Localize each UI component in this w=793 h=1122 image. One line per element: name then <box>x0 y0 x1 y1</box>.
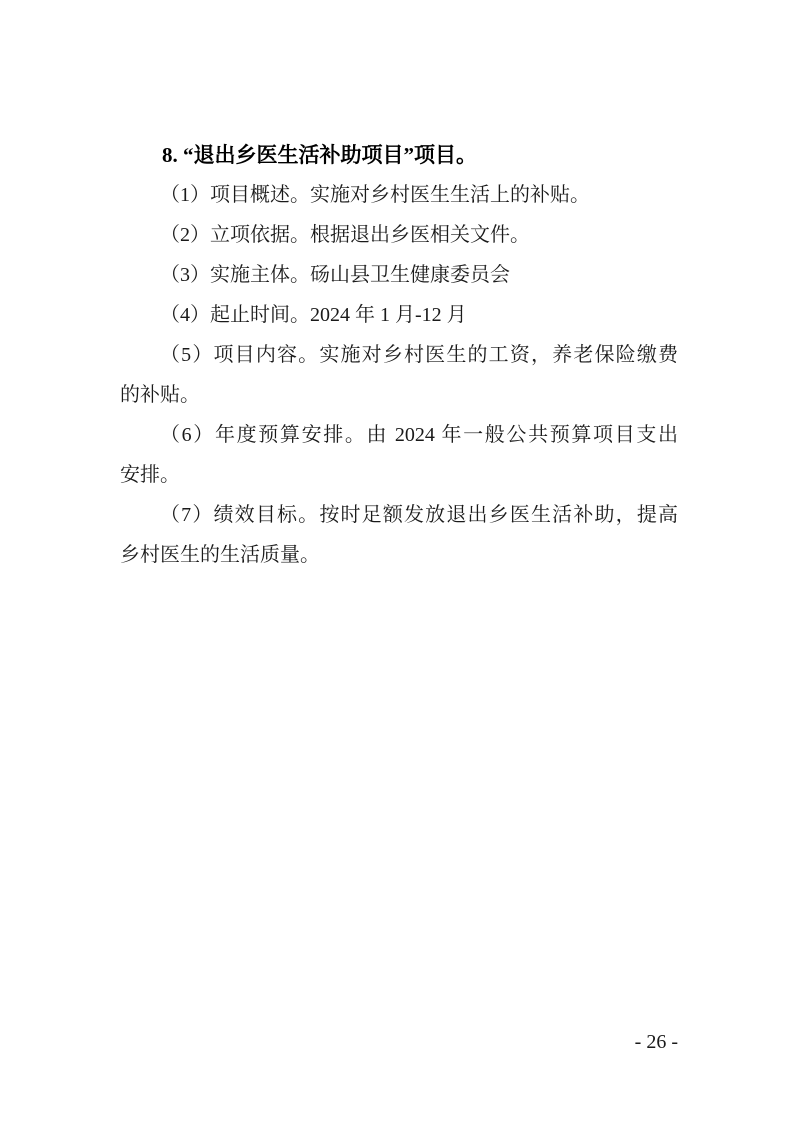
paragraph-5-content-line-1: （5）项目内容。实施对乡村医生的工资，养老保险缴费 <box>120 335 678 375</box>
paragraph-7-performance-goal-line-1: （7）绩效目标。按时足额发放退出乡医生活补助，提高 <box>120 495 678 535</box>
content-area: 8. “退出乡医生活补助项目”项目。 （1）项目概述。实施对乡村医生生活上的补贴… <box>120 135 678 575</box>
paragraph-2-basis: （2）立项依据。根据退出乡医相关文件。 <box>120 215 678 255</box>
page-number: - 26 - <box>635 1031 678 1053</box>
paragraph-1-overview: （1）项目概述。实施对乡村医生生活上的补贴。 <box>120 175 678 215</box>
paragraph-5-content-line-2: 的补贴。 <box>120 375 678 415</box>
paragraph-4-timeframe: （4）起止时间。2024 年 1 月-12 月 <box>120 295 678 335</box>
paragraph-7-performance-goal-line-2: 乡村医生的生活质量。 <box>120 535 678 575</box>
document-page: 8. “退出乡医生活补助项目”项目。 （1）项目概述。实施对乡村医生生活上的补贴… <box>0 0 793 1122</box>
section-heading: 8. “退出乡医生活补助项目”项目。 <box>120 135 678 175</box>
page-footer: - 26 - <box>120 1022 678 1062</box>
paragraph-6-budget-line-1: （6）年度预算安排。由 2024 年一般公共预算项目支出 <box>120 415 678 455</box>
paragraph-3-implementer: （3）实施主体。砀山县卫生健康委员会 <box>120 255 678 295</box>
paragraph-6-budget-line-2: 安排。 <box>120 455 678 495</box>
